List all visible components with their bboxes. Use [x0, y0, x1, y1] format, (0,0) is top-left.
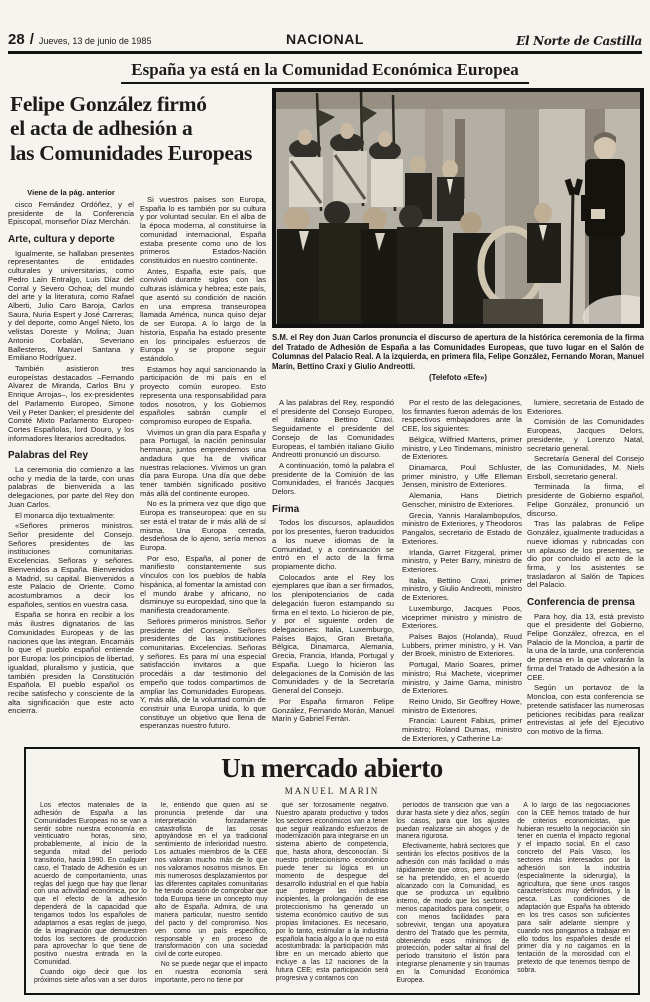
article-paragraph: Bélgica, Wilfried Martens, primer minist…: [402, 436, 522, 462]
opinion-column-1: Los efectos materiales de la adhesión de…: [34, 802, 147, 984]
opinion-paragraph: Cuando oigo decir que los próximos siete…: [34, 969, 147, 984]
article-paragraph: Terminada la firma, el presidente de Gob…: [527, 483, 644, 518]
article-paragraph: Italia, Bettino Craxi, primer ministro, …: [402, 577, 522, 603]
opinion-box-author: MANUEL MARIN: [34, 786, 630, 796]
headline-line-3: las Comunidades Europeas: [10, 141, 272, 165]
opinion-paragraph: Efectivamente, habrá sectores que sentir…: [396, 843, 509, 984]
opinion-paragraph: períodos de transición que van a durar h…: [396, 802, 509, 841]
article-paragraph: Países Bajos (Holanda), Ruud Lubbers, pr…: [402, 633, 522, 659]
article-paragraph: Igualmente, se hallaban presentes repres…: [8, 250, 134, 363]
article-paragraph: Secretaría General del Consejo de las Co…: [527, 455, 644, 481]
article-paragraph: La ceremonia dio comienzo a las ocho y m…: [8, 466, 134, 510]
opinion-box: Un mercado abierto MANUEL MARIN Los efec…: [24, 747, 640, 995]
ceremony-photo: [272, 88, 644, 328]
article-paragraph: Comisión de las Comunidades Europeas, Ja…: [527, 418, 644, 453]
article-paragraph: Colocados ante el Rey los ejemplares que…: [272, 574, 394, 696]
dateline: Jueves, 13 de junio de 1985: [39, 36, 152, 46]
kicker-row: España ya está en la Comunidad Económica…: [0, 60, 650, 84]
folio: 28 / Jueves, 13 de junio de 1985: [8, 31, 151, 48]
article-paragraph: Luxemburgo, Jacques Poos, viceprimer min…: [402, 605, 522, 631]
headline-line-2: el acta de adhesión a: [10, 116, 272, 140]
headline-line-1: Felipe González firmó: [10, 92, 272, 116]
article-column-1: cisco Fernández Ordóñez, y el presidente…: [8, 201, 134, 745]
article-paragraph: No es la primera vez que digo que Europa…: [140, 500, 266, 552]
subhead-palabras-del-rey: Palabras del Rey: [8, 450, 134, 462]
folio-divider: /: [30, 31, 34, 48]
article-paragraph: Antes, España, este país, que convivió d…: [140, 268, 266, 364]
main-headline: Felipe González firmó el acta de adhesió…: [10, 92, 272, 165]
article-paragraph: A continuación, tomó la palabra el presi…: [272, 462, 394, 497]
article-column-2: Si vuestros países son Europa, España lo…: [140, 196, 266, 745]
opinion-paragraph: No se puede negar que el impacto en nues…: [155, 961, 268, 984]
article-paragraph: Tras las palabras de Felipe González, ig…: [527, 520, 644, 590]
article-paragraph: Reino Unido, Sir Geoffrey Howe, ministro…: [402, 698, 522, 715]
opinion-column-3: qué ser forzosamente negativo. Nuestro a…: [276, 802, 389, 984]
article-paragraph: Según un portavoz de la Moncloa, con est…: [527, 684, 644, 736]
opinion-box-title: Un mercado abierto: [34, 753, 630, 784]
photo-caption: S.M. el Rey don Juan Carlos pronuncia el…: [272, 333, 644, 383]
subhead-arte-cultura-deporte: Arte, cultura y deporte: [8, 234, 134, 246]
article-paragraph: Vivimos un gran día para España y para P…: [140, 429, 266, 499]
photo-caption-text: S.M. el Rey don Juan Carlos pronuncia el…: [272, 333, 644, 371]
article-paragraph: «Señores primeros ministros. Señor presi…: [8, 522, 134, 609]
article-paragraph: Por el resto de las delegaciones, los fi…: [402, 399, 522, 434]
article-paragraph: Por eso, España, al poner de manifiesto …: [140, 555, 266, 616]
opinion-column-2: le, entiendo que quien así se pronuncia …: [155, 802, 268, 984]
page-number: 28: [8, 31, 25, 48]
subhead-firma: Firma: [272, 504, 394, 516]
subhead-conferencia-de-prensa: Conferencia de prensa: [527, 597, 644, 609]
article-column-4: Por el resto de las delegaciones, los fi…: [402, 399, 522, 745]
article-paragraph: cisco Fernández Ordóñez, y el presidente…: [8, 201, 134, 227]
article-paragraph: Portugal, Mario Soares, primer ministro;…: [402, 661, 522, 696]
ceremony-photo-art: [275, 91, 641, 325]
page-header: 28 / Jueves, 13 de junio de 1985 NACIONA…: [8, 28, 642, 54]
article-paragraph: Si vuestros países son Europa, España lo…: [140, 196, 266, 266]
opinion-paragraph: A lo largo de las negociaciones con la C…: [517, 802, 630, 975]
photo-credit: (Telefoto «Efe»): [272, 373, 644, 383]
opinion-column-5: A lo largo de las negociaciones con la C…: [517, 802, 630, 984]
article-paragraph: Irlanda, Garret Fitzgeral, primer minist…: [402, 549, 522, 575]
article-paragraph: Francia: Laurent Fabius, primer ministro…: [402, 717, 522, 743]
article-paragraph: Para hoy, día 13, está previsto que el p…: [527, 613, 644, 683]
article-paragraph: lumiere, secretaria de Estado de Exterio…: [527, 399, 644, 416]
article-paragraph: Dinamarca, Poul Schluster, primer minist…: [402, 464, 522, 490]
article-paragraph: España se honra en recibir a los más ilu…: [8, 611, 134, 716]
masthead-logo: El Norte de Castilla: [516, 34, 642, 48]
opinion-paragraph: le, entiendo que quien así se pronuncia …: [155, 802, 268, 959]
article-column-5: lumiere, secretaria de Estado de Exterio…: [527, 399, 644, 745]
opinion-paragraph: Los efectos materiales de la adhesión de…: [34, 802, 147, 967]
article-paragraph: Estamos hoy aquí sancionando la particip…: [140, 366, 266, 427]
opinion-paragraph: qué ser forzosamente negativo. Nuestro a…: [276, 802, 389, 983]
article-paragraph: A las palabras del Rey, respondió el pre…: [272, 399, 394, 460]
article-paragraph: Por España firmaron Felipe González, Fer…: [272, 698, 394, 724]
article-paragraph: El monarca dijo textualmente:: [8, 512, 134, 521]
article-column-3: A las palabras del Rey, respondió el pre…: [272, 399, 394, 745]
article-paragraph: Todos los discursos, aplaudidos por los …: [272, 519, 394, 571]
continued-from-note: Viene de la pág. anterior: [8, 188, 134, 197]
seated-dignitaries: [277, 201, 495, 325]
article-paragraph: Grecia, Yannis Haralambopulos, ministro …: [402, 512, 522, 547]
article-paragraph: También asistieron tres europeístas dest…: [8, 365, 134, 443]
article-paragraph: Señores primeros ministros. Señor presid…: [140, 618, 266, 731]
opinion-column-4: períodos de transición que van a durar h…: [396, 802, 509, 984]
kicker-headline: España ya está en la Comunidad Económica…: [121, 60, 528, 84]
newspaper-page: 28 / Jueves, 13 de junio de 1985 NACIONA…: [0, 0, 650, 1002]
article-paragraph: Alemania, Hans Dietrich Genscher, minist…: [402, 492, 522, 509]
opinion-box-columns: Los efectos materiales de la adhesión de…: [34, 802, 630, 984]
